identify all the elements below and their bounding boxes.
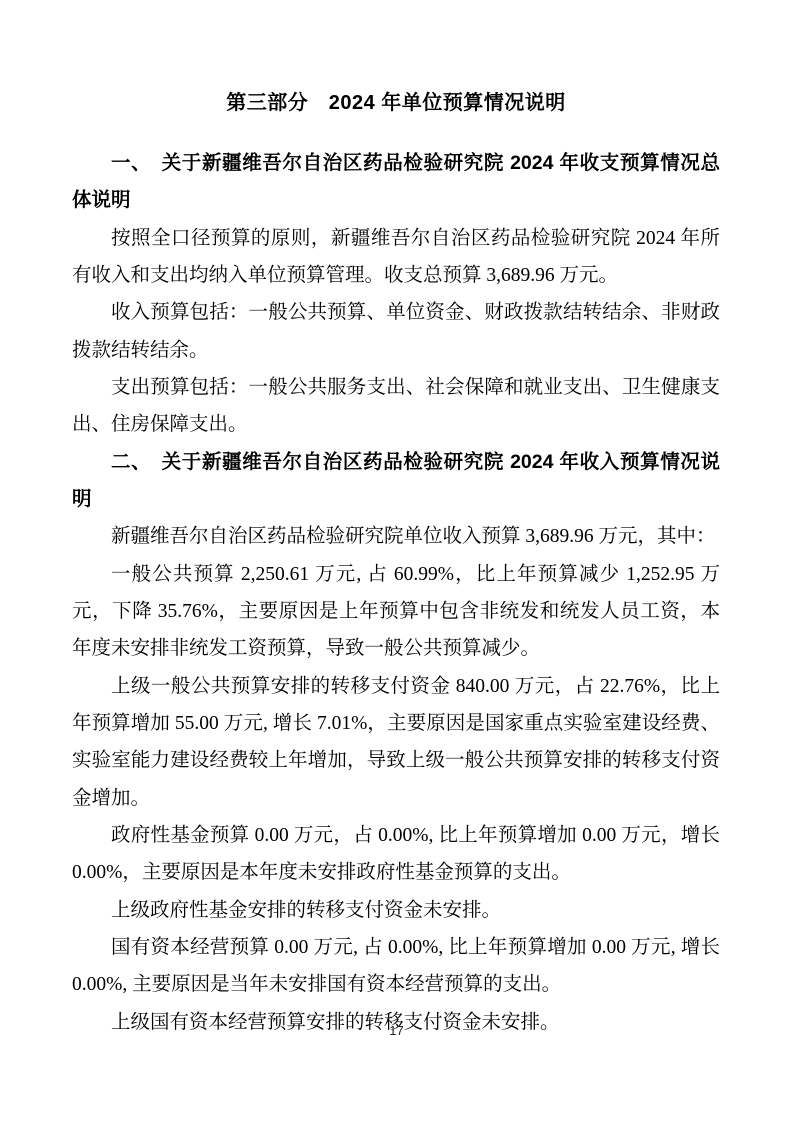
section-2-paragraph-state-capital-budget: 国有资本经营预算 0.00 万元, 占 0.00%, 比上年预算增加 0.00 … [72,929,720,1004]
section-income-budget: 二、 关于新疆维吾尔自治区药品检验研究院 2024 年收入预算情况说明 新疆维吾… [72,444,720,1041]
section-2-paragraph-income-total: 新疆维吾尔自治区药品检验研究院单位收入预算 3,689.96 万元，其中： [72,518,720,555]
section-1-heading: 一、 关于新疆维吾尔自治区药品检验研究院 2024 年收支预算情况总体说明 [72,145,720,220]
section-1-paragraph-expenditure-scope: 支出预算包括：一般公共服务支出、社会保障和就业支出、卫生健康支出、住房保障支出。 [72,369,720,444]
document-title: 第三部分 2024 年单位预算情况说明 [72,88,720,118]
page-footer: 17 [0,1022,793,1040]
section-2-paragraph-general-public-budget: 一般公共预算 2,250.61 万元, 占 60.99%，比上年预算减少 1,2… [72,556,720,668]
section-2-paragraph-transfer-payment: 上级一般公共预算安排的转移支付资金 840.00 万元，占 22.76%，比上年… [72,668,720,817]
section-1-paragraph-total-budget: 按照全口径预算的原则，新疆维吾尔自治区药品检验研究院 2024 年所有收入和支出… [72,220,720,295]
section-1-paragraph-income-scope: 收入预算包括：一般公共预算、单位资金、财政拨款结转结余、非财政拨款结转结余。 [72,294,720,369]
page-number: 17 [389,1023,403,1038]
section-2-paragraph-government-fund-transfer: 上级政府性基金安排的转移支付资金未安排。 [72,892,720,929]
document-content: 第三部分 2024 年单位预算情况说明 一、 关于新疆维吾尔自治区药品检验研究院… [0,0,793,1041]
section-2-heading: 二、 关于新疆维吾尔自治区药品检验研究院 2024 年收入预算情况说明 [72,444,720,519]
section-2-paragraph-government-fund: 政府性基金预算 0.00 万元，占 0.00%, 比上年预算增加 0.00 万元… [72,817,720,892]
document-page: 第三部分 2024 年单位预算情况说明 一、 关于新疆维吾尔自治区药品检验研究院… [0,0,793,1122]
section-overall-budget: 一、 关于新疆维吾尔自治区药品检验研究院 2024 年收支预算情况总体说明 按照… [72,145,720,444]
